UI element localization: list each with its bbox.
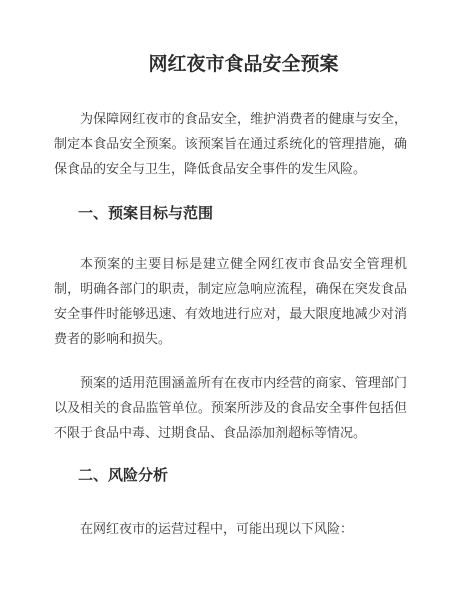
- section1-paragraph2: 预案的适用范围涵盖所有在夜市内经营的商家、管理部门以及相关的食品监管单位。预案所…: [54, 370, 407, 445]
- section1-heading: 一、预案目标与范围: [54, 201, 407, 226]
- document-page: 网红夜市食品安全预案 为保障网红夜市的食品安全，维护消费者的健康与安全，制定本食…: [0, 0, 463, 600]
- section2-paragraph1: 在网红夜市的运营过程中，可能出现以下风险：: [54, 516, 407, 541]
- section2-heading: 二、风险分析: [54, 463, 407, 488]
- document-title: 网红夜市食品安全预案: [54, 50, 407, 80]
- section1-paragraph1: 本预案的主要目标是建立健全网红夜市食品安全管理机制，明确各部门的职责，制定应急响…: [54, 251, 407, 351]
- intro-paragraph: 为保障网红夜市的食品安全，维护消费者的健康与安全，制定本食品安全预案。该预案旨在…: [54, 106, 407, 181]
